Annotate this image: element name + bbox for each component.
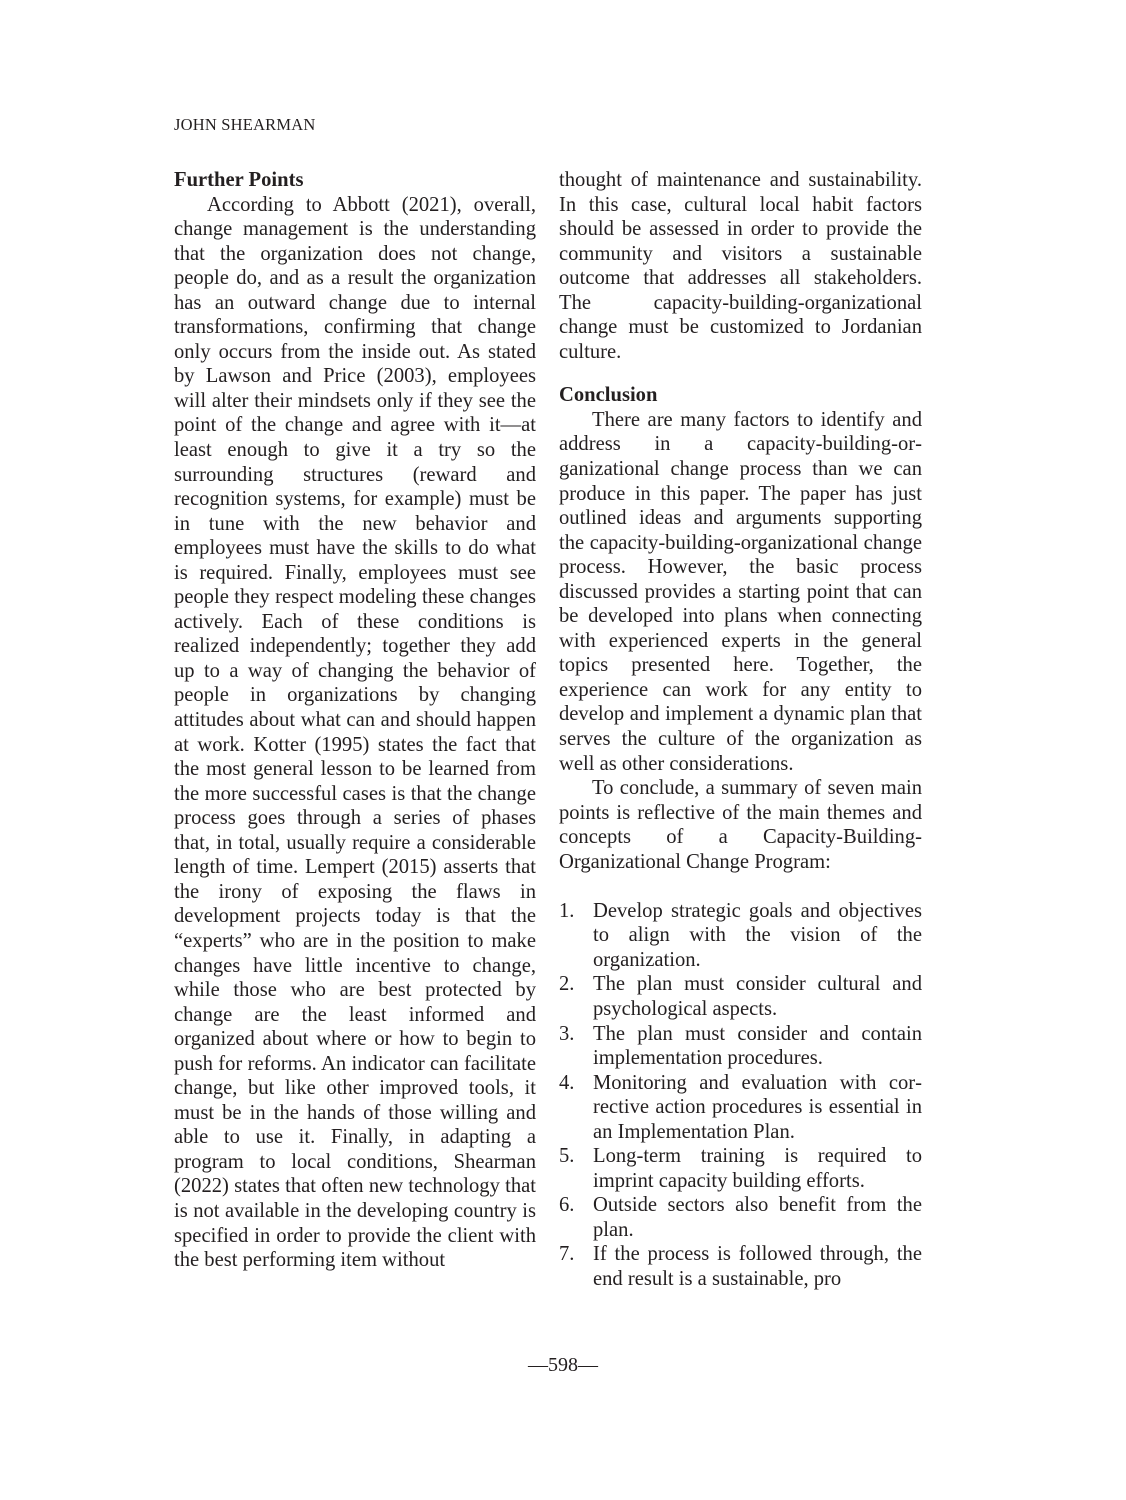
- list-item: 7.If the process is followed through, th…: [559, 1242, 922, 1291]
- list-item-text: Outside sectors also benefit from the pl…: [593, 1194, 922, 1241]
- left-column: Further Points According to Abbott (2021…: [174, 168, 536, 1273]
- list-item: 5.Long-term training is required to impr…: [559, 1144, 922, 1193]
- list-spacer: [559, 874, 922, 899]
- list-item-number: 7.: [559, 1242, 574, 1267]
- summary-points-list: 1.Develop strategic goals and objec­tive…: [559, 899, 922, 1292]
- list-item: 4.Monitoring and evaluation with cor­rec…: [559, 1071, 922, 1145]
- list-item-text: The plan must consider and contain imple…: [593, 1023, 922, 1070]
- running-head-author: JOHN SHEARMAN: [174, 115, 316, 135]
- list-item-number: 2.: [559, 972, 574, 997]
- list-item-number: 4.: [559, 1071, 574, 1096]
- list-item: 6.Outside sectors also benefit from the …: [559, 1193, 922, 1242]
- list-item: 1.Develop strategic goals and objec­tive…: [559, 899, 922, 973]
- list-item-text: Long-term training is required to imprin…: [593, 1145, 922, 1192]
- list-item-text: The plan must consider cultural and psyc…: [593, 973, 922, 1020]
- conclusion-paragraph-1: There are many factors to identify and a…: [559, 408, 922, 776]
- page-number: —598—: [0, 1354, 1126, 1377]
- list-item: 3.The plan must consider and contain imp…: [559, 1022, 922, 1071]
- section-spacer: [559, 364, 922, 383]
- list-item-number: 6.: [559, 1193, 574, 1218]
- body-paragraph: According to Abbott (2021), overall, cha…: [174, 193, 536, 1273]
- list-item-number: 1.: [559, 899, 574, 924]
- section-heading-further-points: Further Points: [174, 168, 536, 193]
- conclusion-paragraph-2: To conclude, a summary of seven main poi…: [559, 776, 922, 874]
- list-item: 2.The plan must consider cultural and ps…: [559, 972, 922, 1021]
- section-heading-conclusion: Conclusion: [559, 383, 922, 408]
- list-item-text: If the process is followed through, the …: [593, 1243, 922, 1290]
- body-paragraph-continuation: thought of maintenance and sustain­abili…: [559, 168, 922, 364]
- list-item-text: Develop strategic goals and objec­tives …: [593, 900, 922, 971]
- list-item-number: 5.: [559, 1144, 574, 1169]
- right-column: thought of maintenance and sustain­abili…: [559, 168, 922, 1292]
- list-item-text: Monitoring and evaluation with cor­recti…: [593, 1072, 922, 1143]
- list-item-number: 3.: [559, 1022, 574, 1047]
